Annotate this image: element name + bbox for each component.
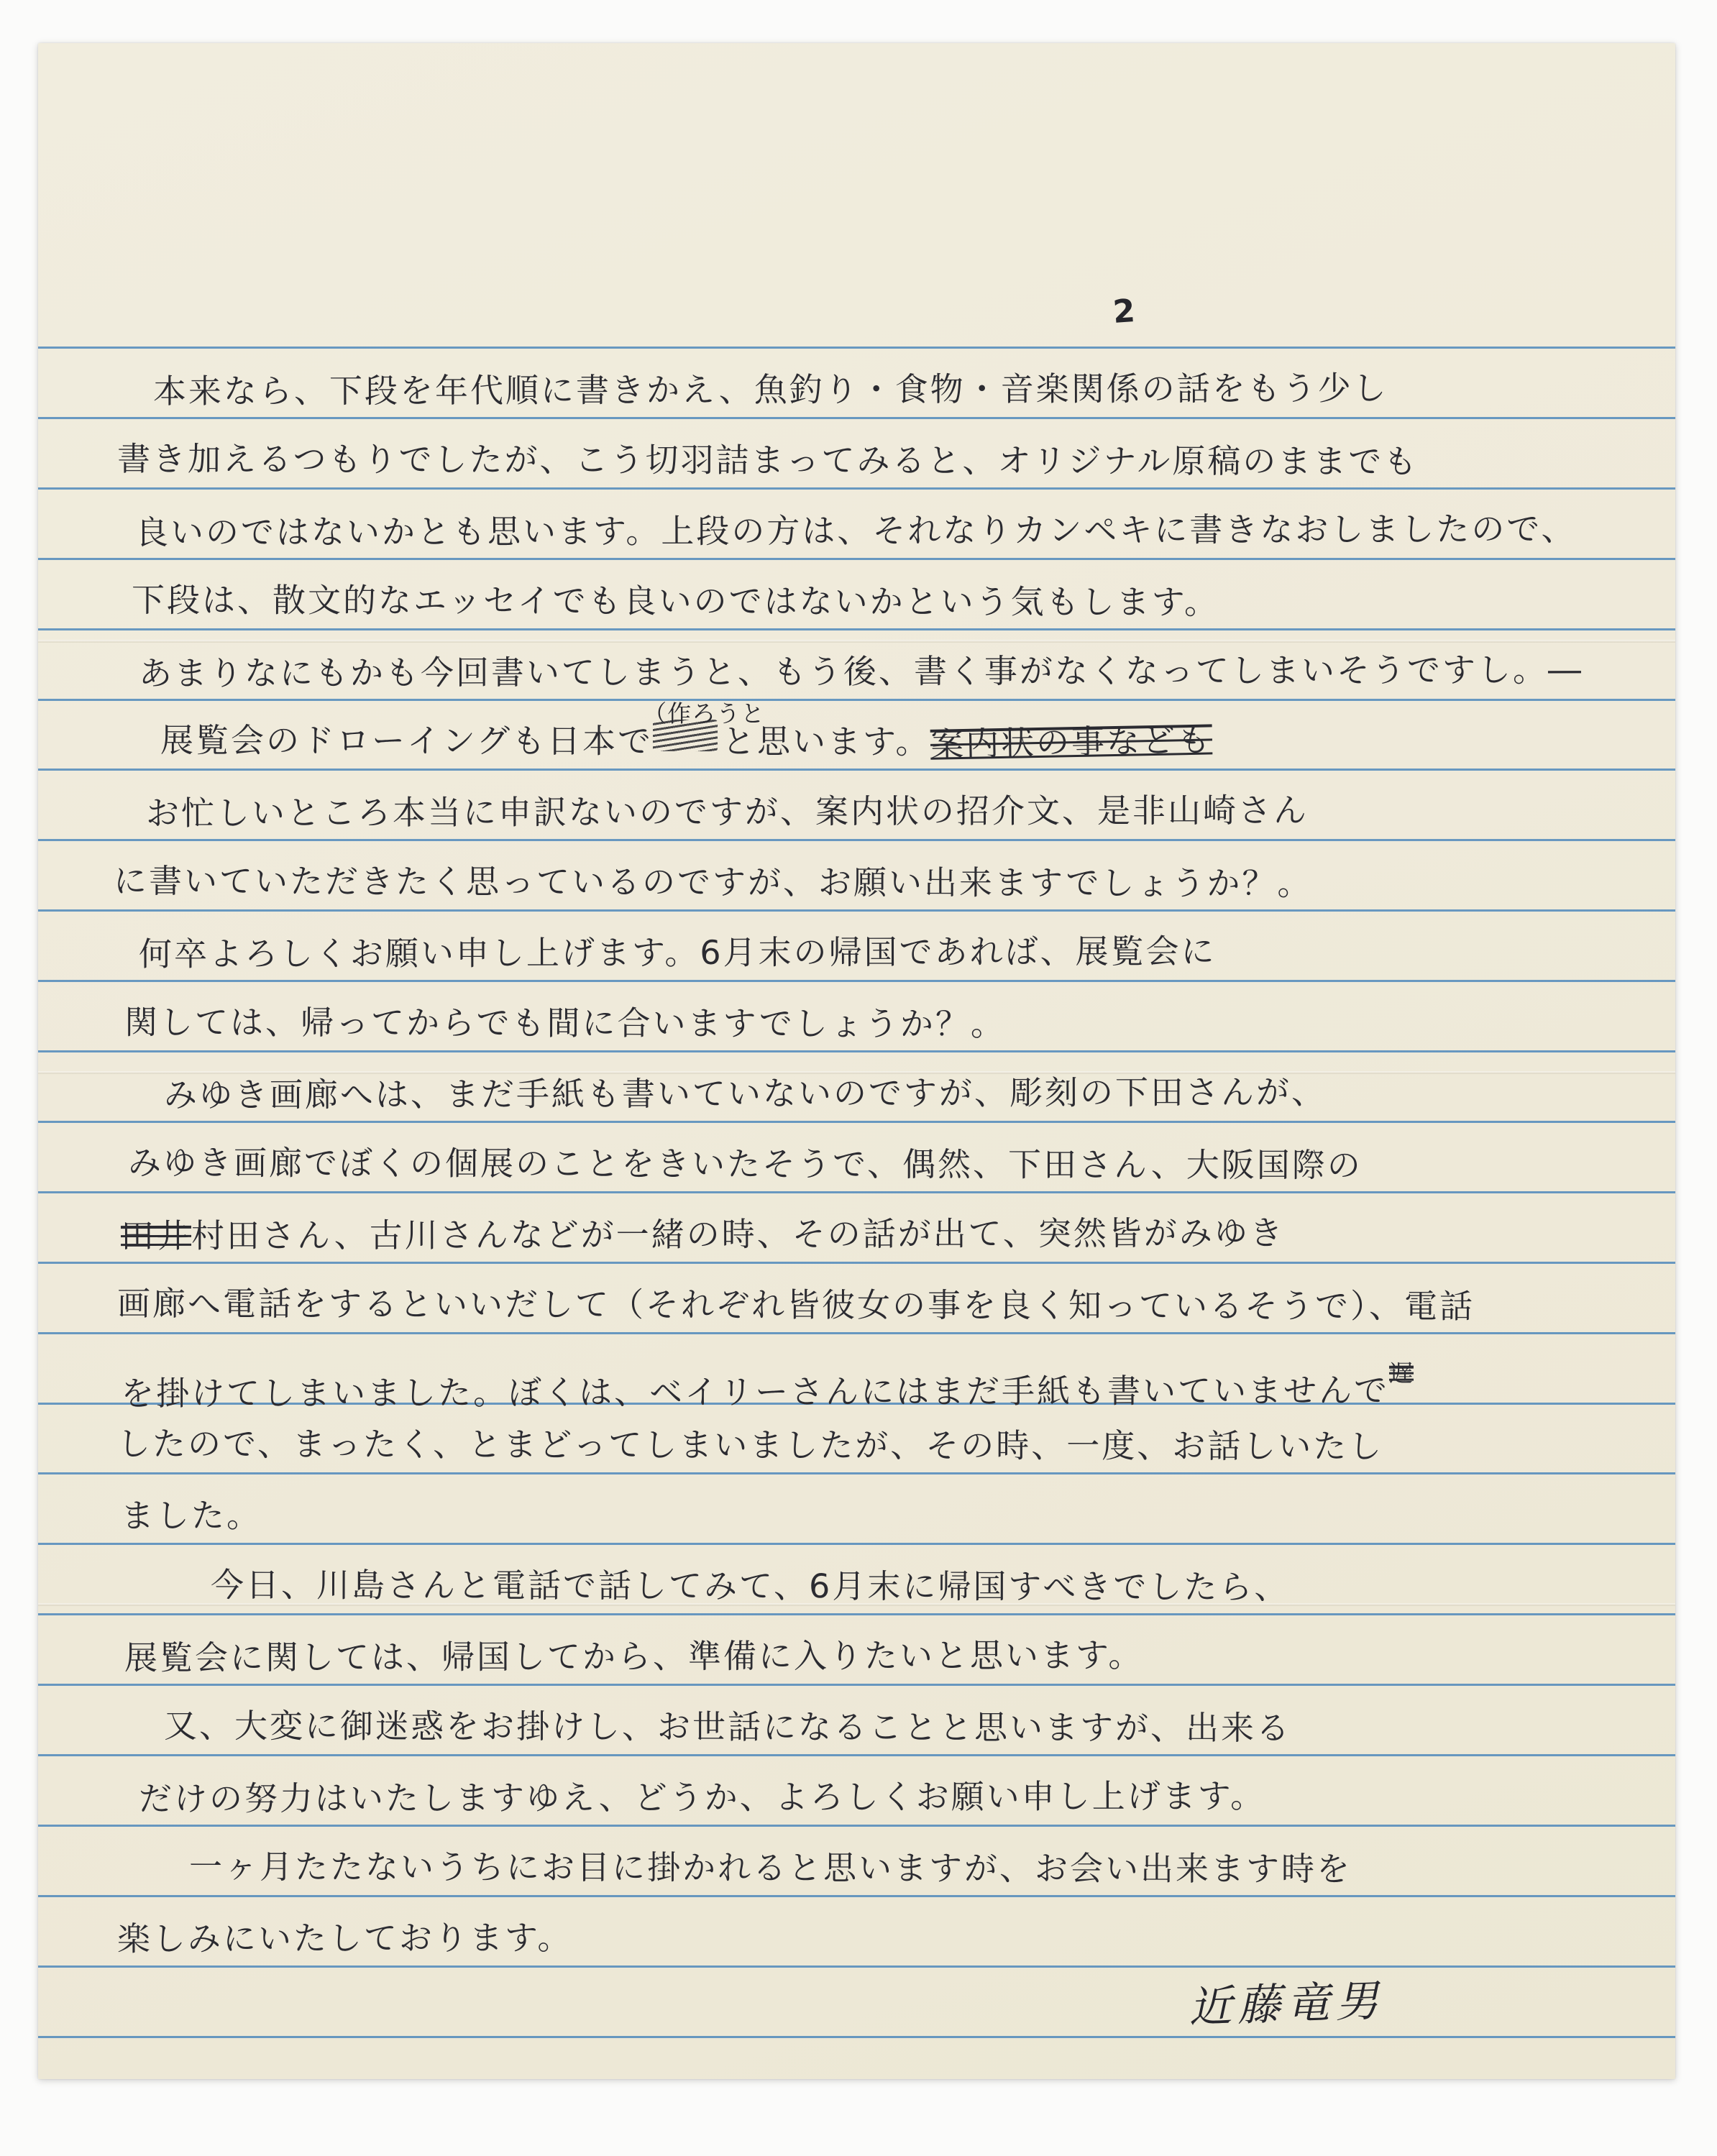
signature: 近藤竜男 [1188, 1966, 1386, 2035]
strikethrough-text: 田井 [121, 1216, 191, 1255]
ruled-line [38, 2036, 1675, 2038]
line-text: みゆき画廊へは、まだ手紙も書いていないのですが、彫刻の下田さんが、 [164, 1073, 1327, 1114]
line-text: 展覧会のドローイングも日本で [160, 721, 653, 761]
line-text: 書き加えるつもりでしたが、こう切羽詰まってみると、オリジナル原稿のままでも [117, 439, 1419, 481]
line-text: に書いていただきたく思っているのですが、お願い出来ますでしょうか？。 [114, 861, 1313, 902]
line-text: だけの努力はいたしますゆえ、どうか、よろしくお願い申し上げます。 [139, 1776, 1265, 1818]
line-text: 一ヶ月たたないうちにお目に掛かれると思いますが、お会い出来ます時を [189, 1847, 1352, 1888]
line-text: したので、まったく、とまどってしまいましたが、その時、一度、お話しいたし [117, 1425, 1383, 1467]
line-text: みゆき画廊でぼくの個展のことをきいたそうで、偶然、下田さん、大阪国際の [128, 1143, 1363, 1185]
letter-line: 書き加えるつもりでしたが、こう切羽詰まってみると、オリジナル原稿のままでも [117, 428, 1419, 492]
insertion-above: （作ろうと [643, 684, 765, 744]
line-text: お忙しいところ本当に申訳ないのですが、案内状の招介文、是非山崎さん [146, 791, 1309, 832]
line-text: 本来なら、下段を年代順に書きかえ、魚釣り・食物・音楽関係の話をもう少し [153, 369, 1388, 410]
line-text: ました。 [121, 1496, 262, 1536]
letter-line: 本来なら、下段を年代順に書きかえ、魚釣り・食物・音楽関係の話をもう少し [153, 358, 1388, 421]
letter-line: あまりなにもかも今回書いてしまうと、もう後、書く事がなくなってしまいそうですし。… [139, 639, 1583, 703]
letter-line: お忙しいところ本当に申訳ないのですが、案内状の招介文、是非山崎さん [146, 780, 1309, 843]
letter-paper: 2 本来なら、下段を年代順に書きかえ、魚釣り・食物・音楽関係の話をもう少し書き加… [38, 43, 1675, 2079]
line-text: 又、大変に御迷惑をお掛けし、お世話になることと思いますが、出来る [164, 1706, 1291, 1747]
letter-line: を掛けてしまいました。ぼくは、ベイリーさんにはまだ手紙も書いていませんで遅 [121, 1343, 1414, 1407]
letter-line: 又、大変に御迷惑をお掛けし、お世話になることと思いますが、出来る [164, 1695, 1291, 1758]
line-text: を掛けてしまいました。ぼくは、ベイリーさんにはまだ手紙も書いていませんで [121, 1370, 1389, 1413]
letter-line: 展覧会に関しては、帰国してから、準備に入りたいと思います。 [124, 1625, 1144, 1688]
line-text: 楽しみにいたしております。 [117, 1918, 572, 1958]
letter-line: 良いのではないかとも思います。上段の方は、それなりカンペキに書きなおしましたので… [135, 498, 1577, 562]
strikethrough-text: 案内状の事なども [930, 710, 1214, 775]
letter-line: 画廊へ電話をするといいだして（それぞれ皆彼女の事を良く知っているそうで）、電話 [117, 1273, 1475, 1336]
corrected-word: （作ろうと [653, 715, 722, 758]
scan-background: { "paper": { "background_color": "#efead… [0, 0, 1717, 2156]
line-text: 画廊へ電話をするといいだして（それぞれ皆彼女の事を良く知っているそうで）、電話 [117, 1284, 1475, 1326]
line-text: 良いのではないかとも思います。上段の方は、それなりカンペキに書きなおしましたので… [135, 509, 1577, 551]
page-number: 2 [1112, 293, 1136, 331]
line-text: 関しては、帰ってからでも間に合いますでしょうか？。 [124, 1003, 1006, 1044]
line-text: 村田さん、古川さんなどが一緒の時、その話が出て、突然皆がみゆき [191, 1214, 1285, 1255]
letter-line: 関しては、帰ってからでも間に合いますでしょうか？。 [124, 992, 1006, 1055]
line-text: 今日、川島さんと電話で話してみて、6月末に帰国すべきでしたら、 [211, 1566, 1290, 1607]
letter-line: ました。 [121, 1485, 262, 1546]
ruled-line [38, 1543, 1675, 1545]
letter-line: 展覧会のドローイングも日本で（作ろうとと思います。案内状の事なども [160, 710, 1213, 773]
letter-line: だけの努力はいたしますゆえ、どうか、よろしくお願い申し上げます。 [139, 1766, 1265, 1829]
letter-line: みゆき画廊へは、まだ手紙も書いていないのですが、彫刻の下田さんが、 [164, 1062, 1327, 1125]
letter-line: 楽しみにいたしております。 [117, 1907, 573, 1969]
letter-line: 今日、川島さんと電話で話してみて、6月末に帰国すべきでしたら、 [211, 1555, 1290, 1618]
strikethrough-text: 遅 [1389, 1359, 1414, 1387]
line-text: 展覧会に関しては、帰国してから、準備に入りたいと思います。 [124, 1636, 1143, 1677]
letter-line: に書いていただきたく思っているのですが、お願い出来ますでしょうか？。 [114, 850, 1313, 913]
line-text: 下段は、散文的なエッセイでも良いのではないかという気もします。 [132, 580, 1219, 621]
line-text: 何卒よろしくお願い申し上げます。6月末の帰国であれば、展覧会に [139, 932, 1217, 973]
line-text: あまりなにもかも今回書いてしまうと、もう後、書く事がなくなってしまいそうですし。… [139, 650, 1583, 692]
letter-line: みゆき画廊でぼくの個展のことをきいたそうで、偶然、下田さん、大阪国際の [128, 1132, 1363, 1196]
letter-line: 何卒よろしくお願い申し上げます。6月末の帰国であれば、展覧会に [139, 921, 1217, 984]
letter-line: 一ヶ月たたないうちにお目に掛かれると思いますが、お会い出来ます時を [189, 1836, 1352, 1899]
letter-line: 下段は、散文的なエッセイでも良いのではないかという気もします。 [132, 569, 1219, 632]
letter-line: したので、まったく、とまどってしまいましたが、その時、一度、お話しいたし [117, 1414, 1383, 1477]
ruled-line [38, 347, 1675, 349]
letter-line: 田井村田さん、古川さんなどが一緒の時、その話が出て、突然皆がみゆき [121, 1203, 1285, 1266]
